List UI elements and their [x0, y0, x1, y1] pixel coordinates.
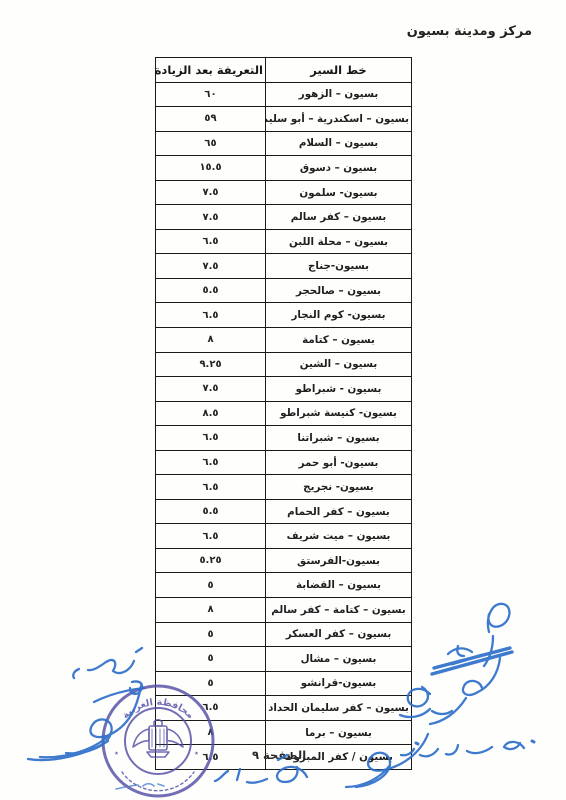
scanned-document-page: مركز ومدينة بسيون خط السير التعريفة بعد … — [0, 0, 566, 800]
route-cell: بسيون- سلمون — [266, 180, 412, 205]
table-header: خط السير التعريفة بعد الزيادة — [156, 58, 412, 83]
tariff-cell: ٦.٥ — [156, 475, 266, 500]
table-body: بسيون – الزهور ٦٠ بسيون – اسكندرية – أبو… — [156, 82, 412, 769]
tariff-cell: ٧.٥ — [156, 180, 266, 205]
table-row: بسيون – ميت شريف ٦.٥ — [156, 524, 412, 549]
table-row: بسيون – كفر سالم ٧.٥ — [156, 205, 412, 230]
route-cell: بسيون- كوم النجار — [266, 303, 412, 328]
tariff-cell: ٨ — [156, 720, 266, 745]
table-header-row: خط السير التعريفة بعد الزيادة — [156, 58, 412, 83]
table-row: بسيون – كفر سليمان الحداد ٦.٥ — [156, 696, 412, 721]
tariff-cell: ٦.٥ — [156, 696, 266, 721]
route-cell: بسيون-الفرستق — [266, 548, 412, 573]
table-row: بسيون – السلام ٦٥ — [156, 131, 412, 156]
tariff-cell: ٧.٥ — [156, 205, 266, 230]
route-cell: بسيون – برما — [266, 720, 412, 745]
route-cell: بسيون – القضابة — [266, 573, 412, 598]
tariff-cell: ٦.٥ — [156, 229, 266, 254]
table-row: بسيون – الزهور ٦٠ — [156, 82, 412, 107]
page-title: مركز ومدينة بسيون — [407, 24, 532, 39]
route-cell: بسيون - شبراطو — [266, 377, 412, 402]
table-row: بسيون – كتامة – كفر سالم ٨ — [156, 598, 412, 623]
tariff-column-header: التعريفة بعد الزيادة — [156, 58, 266, 83]
table-row: بسيون - شبراطو ٧.٥ — [156, 377, 412, 402]
tariff-cell: ٨ — [156, 328, 266, 353]
tariff-cell: ٩.٢٥ — [156, 352, 266, 377]
tariff-cell: ٥.٢٥ — [156, 548, 266, 573]
table-row: بسيون – كفر العسكر ٥ — [156, 622, 412, 647]
route-cell: بسيون – اسكندرية – أبو سليمان — [266, 107, 412, 132]
route-cell: بسيون – ميت شريف — [266, 524, 412, 549]
route-column-header: خط السير — [266, 58, 412, 83]
route-cell: بسيون- أبو حمر — [266, 450, 412, 475]
route-cell: بسيون – كفر الحمام — [266, 499, 412, 524]
tariff-cell: ٦.٥ — [156, 426, 266, 451]
route-cell: بسيون – الشين — [266, 352, 412, 377]
tariff-cell: ٦.٥ — [156, 745, 266, 770]
tariff-cell: ٦٥ — [156, 131, 266, 156]
route-cell: بسيون-جناج — [266, 254, 412, 279]
stamp-star-left: ٭ — [114, 749, 119, 759]
table-row: بسيون – اسكندرية – أبو سليمان ٥٩ — [156, 107, 412, 132]
tariff-cell: ٥٩ — [156, 107, 266, 132]
route-cell: بسيون – كتامة — [266, 328, 412, 353]
table-row: بسيون-الفرستق ٥.٢٥ — [156, 548, 412, 573]
tariff-cell: ١٥.٥ — [156, 156, 266, 181]
table-row: بسيون – شبراتنا ٦.٥ — [156, 426, 412, 451]
table-row: بسيون – محلة اللبن ٦.٥ — [156, 229, 412, 254]
table-row: بسيون – صالحجر ٥.٥ — [156, 278, 412, 303]
table-row: بسيون – القضابة ٥ — [156, 573, 412, 598]
route-cell: بسيون – كفر العسكر — [266, 622, 412, 647]
tariff-cell: ٥.٥ — [156, 499, 266, 524]
route-cell: بسيون – محلة اللبن — [266, 229, 412, 254]
tariff-cell: ٥ — [156, 647, 266, 672]
table-row: بسيون – مشال ٥ — [156, 647, 412, 672]
tariff-cell: ٥ — [156, 573, 266, 598]
page-number-label: الصفحة ٩ — [252, 748, 306, 762]
table-row: بسيون – برما ٨ — [156, 720, 412, 745]
tariff-cell: ٦٠ — [156, 82, 266, 107]
table-row: بسيون- كوم النجار ٦.٥ — [156, 303, 412, 328]
table-row: بسيون- سلمون ٧.٥ — [156, 180, 412, 205]
table-row: بسيون-قرانشو ٥ — [156, 671, 412, 696]
tariff-table: خط السير التعريفة بعد الزيادة بسيون – ال… — [155, 57, 412, 770]
tariff-cell: ٥ — [156, 622, 266, 647]
route-cell: بسيون – كفر سليمان الحداد — [266, 696, 412, 721]
tariff-cell: ٦.٥ — [156, 303, 266, 328]
table-row: بسيون – كتامة ٨ — [156, 328, 412, 353]
table-row: بسيون-جناج ٧.٥ — [156, 254, 412, 279]
signature-bottom-left — [28, 648, 142, 760]
tariff-cell: ٦.٥ — [156, 450, 266, 475]
route-cell: بسيون – الزهور — [266, 82, 412, 107]
tariff-cell: ٧.٥ — [156, 254, 266, 279]
signature-over-stamp — [94, 681, 144, 702]
table-row: بسيون – الشين ٩.٢٥ — [156, 352, 412, 377]
table-row: بسيون – دسوق ١٥.٥ — [156, 156, 412, 181]
table-row: بسيون- أبو حمر ٦.٥ — [156, 450, 412, 475]
route-cell: بسيون – مشال — [266, 647, 412, 672]
route-cell: بسيون- كنيسة شبراطو — [266, 401, 412, 426]
tariff-cell: ٥.٥ — [156, 278, 266, 303]
route-cell: بسيون – كتامة – كفر سالم — [266, 598, 412, 623]
route-cell: بسيون – السلام — [266, 131, 412, 156]
route-cell: بسيون – كفر سالم — [266, 205, 412, 230]
tariff-cell: ٦.٥ — [156, 524, 266, 549]
tariff-cell: ٥ — [156, 671, 266, 696]
table-row: بسيون- كنيسة شبراطو ٨.٥ — [156, 401, 412, 426]
table-row: بسيون – كفر الحمام ٥.٥ — [156, 499, 412, 524]
tariff-cell: ٨.٥ — [156, 401, 266, 426]
route-cell: بسيون – شبراتنا — [266, 426, 412, 451]
route-cell: بسيون-قرانشو — [266, 671, 412, 696]
route-cell: بسيون- نجريج — [266, 475, 412, 500]
signature-mark-under-stamp — [116, 784, 164, 789]
tariff-cell: ٨ — [156, 598, 266, 623]
table-row: بسيون- نجريج ٦.٥ — [156, 475, 412, 500]
signature-right-cluster — [400, 604, 512, 724]
route-cell: بسيون – صالحجر — [266, 278, 412, 303]
route-cell: بسيون – دسوق — [266, 156, 412, 181]
tariff-cell: ٧.٥ — [156, 377, 266, 402]
